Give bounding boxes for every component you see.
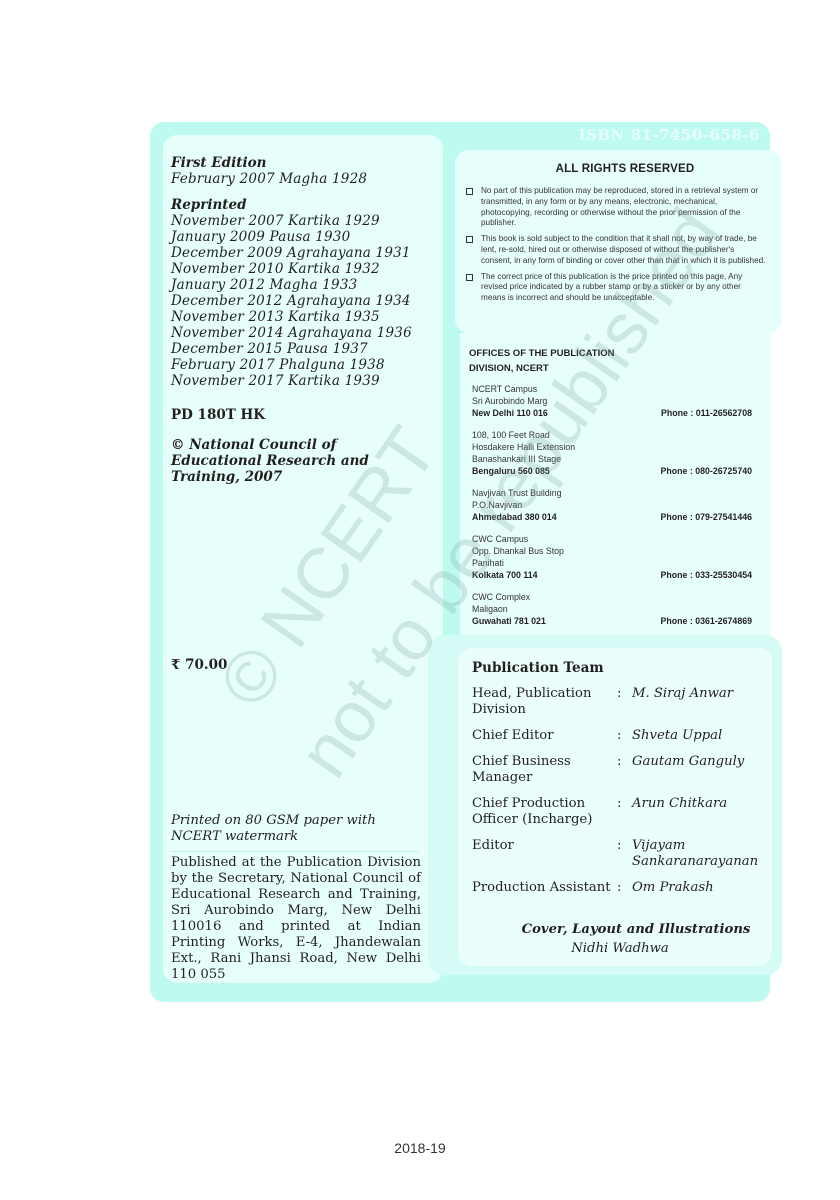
office-phone: Phone : 079-27541446 bbox=[661, 511, 752, 523]
first-edition-date: February 2007 Magha 1928 bbox=[171, 171, 421, 187]
edition-history: First Edition February 2007 Magha 1928 R… bbox=[171, 155, 421, 485]
divider bbox=[171, 851, 419, 852]
office-phone: Phone : 033-25530454 bbox=[661, 569, 752, 581]
first-edition-title: First Edition bbox=[171, 155, 421, 171]
office-entry: NCERT CampusSri Aurobindo MargNew Delhi … bbox=[472, 383, 762, 419]
checkbox-bullet-icon bbox=[466, 236, 473, 243]
reprint-entry: November 2013 Kartika 1935 bbox=[171, 309, 421, 325]
reprint-entry: November 2014 Agrahayana 1936 bbox=[171, 325, 421, 341]
reprint-entry: December 2009 Agrahayana 1931 bbox=[171, 245, 421, 261]
pd-code: PD 180T HK bbox=[171, 407, 421, 423]
reprint-list: November 2007 Kartika 1929January 2009 P… bbox=[171, 213, 421, 389]
reprinted-title: Reprinted bbox=[171, 197, 421, 213]
team-row: Chief Editor:Shveta Uppal bbox=[472, 728, 772, 744]
team-row: Head, Publication Division:M. Siraj Anwa… bbox=[472, 686, 772, 718]
reprint-entry: November 2010 Kartika 1932 bbox=[171, 261, 421, 277]
checkbox-bullet-icon bbox=[466, 274, 473, 281]
cover-credit-name: Nidhi Wadhwa bbox=[442, 941, 798, 956]
checkbox-bullet-icon bbox=[466, 188, 473, 195]
office-entry: 108, 100 Feet RoadHosdakere Halli Extens… bbox=[472, 429, 762, 477]
cover-credit-title: Cover, Layout and Illustrations bbox=[458, 922, 814, 937]
footer-year: 2018-19 bbox=[360, 1140, 480, 1156]
reprint-entry: January 2012 Magha 1933 bbox=[171, 277, 421, 293]
offices-title: OFFICES OF THE PUBLICATION DIVISION, NCE… bbox=[469, 346, 669, 376]
reprint-entry: February 2017 Phalguna 1938 bbox=[171, 357, 421, 373]
isbn-label: ISBN 81-7450-658-6 bbox=[560, 126, 760, 144]
office-entry: CWC ComplexMaligaonGuwahati 781 021Phone… bbox=[472, 591, 762, 627]
office-phone: Phone : 0361-2674869 bbox=[661, 615, 752, 627]
rights-item: This book is sold subject to the conditi… bbox=[466, 234, 766, 266]
office-entry: CWC CampusOpp. Dhankal Bus StopPanihatiK… bbox=[472, 533, 762, 581]
reprint-entry: November 2017 Kartika 1939 bbox=[171, 373, 421, 389]
office-phone: Phone : 080-26725740 bbox=[661, 465, 752, 477]
copyright-notice: © National Council of Educational Resear… bbox=[171, 437, 421, 485]
team-row: Chief Business Manager:Gautam Ganguly bbox=[472, 754, 772, 786]
rights-item: The correct price of this publication is… bbox=[466, 272, 766, 304]
team-row: Chief Production Officer (Incharge):Arun… bbox=[472, 796, 772, 828]
reprint-entry: January 2009 Pausa 1930 bbox=[171, 229, 421, 245]
office-entry: Navjivan Trust BuildingP.O.NavjivanAhmed… bbox=[472, 487, 762, 523]
reprint-entry: November 2007 Kartika 1929 bbox=[171, 213, 421, 229]
team-row: Editor:Vijayam Sankaranarayanan bbox=[472, 838, 772, 870]
publisher-note: Published at the Publication Division by… bbox=[171, 855, 421, 983]
team-table: Head, Publication Division:M. Siraj Anwa… bbox=[472, 686, 772, 906]
team-row: Production Assistant:Om Prakash bbox=[472, 880, 772, 896]
paper-note: Printed on 80 GSM paper with NCERT water… bbox=[171, 813, 421, 845]
price: ₹ 70.00 bbox=[171, 657, 227, 673]
rights-title: ALL RIGHTS RESERVED bbox=[455, 163, 795, 175]
team-title: Publication Team bbox=[472, 660, 604, 676]
rights-item: No part of this publication may be repro… bbox=[466, 186, 766, 229]
reprint-entry: December 2015 Pausa 1937 bbox=[171, 341, 421, 357]
rights-list: No part of this publication may be repro… bbox=[466, 186, 766, 309]
reprint-entry: December 2012 Agrahayana 1934 bbox=[171, 293, 421, 309]
office-phone: Phone : 011-26562708 bbox=[661, 407, 752, 419]
